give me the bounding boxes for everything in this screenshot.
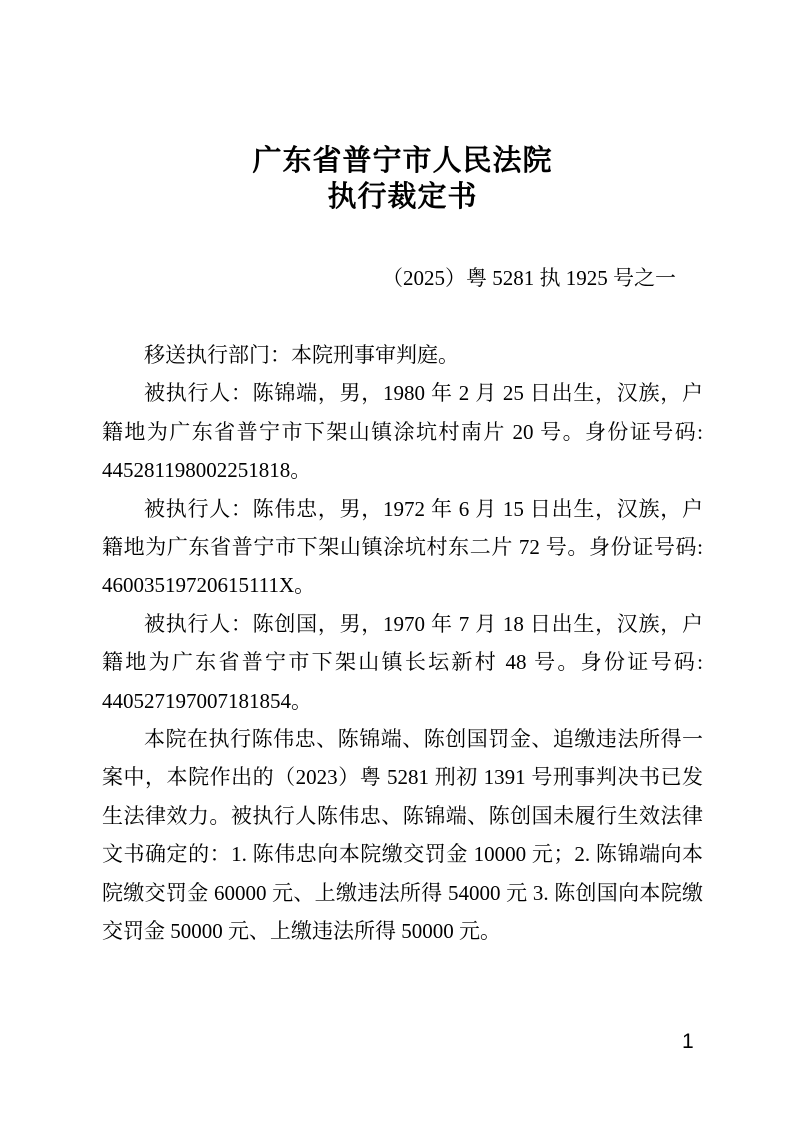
document-header: 广东省普宁市人民法院 执行裁定书 — [102, 143, 703, 215]
page-number: 1 — [682, 1030, 694, 1054]
document-page: 广东省普宁市人民法院 执行裁定书 （2025）粤 5281 执 1925 号之一… — [0, 0, 793, 1122]
case-number: （2025）粤 5281 执 1925 号之一 — [102, 262, 703, 295]
court-name: 广东省普宁市人民法院 — [102, 143, 703, 179]
paragraph: 移送执行部门：本院刑事审判庭。 — [102, 336, 703, 374]
paragraph: 被执行人：陈伟忠，男，1972 年 6 月 15 日出生，汉族，户籍地为广东省普… — [102, 490, 703, 605]
document-body: 移送执行部门：本院刑事审判庭。被执行人：陈锦端，男，1980 年 2 月 25 … — [102, 336, 703, 951]
document-type: 执行裁定书 — [102, 179, 703, 215]
paragraph: 被执行人：陈锦端，男，1980 年 2 月 25 日出生，汉族，户籍地为广东省普… — [102, 374, 703, 489]
paragraph: 本院在执行陈伟忠、陈锦端、陈创国罚金、追缴违法所得一案中，本院作出的（2023）… — [102, 720, 703, 950]
paragraph: 被执行人：陈创国，男，1970 年 7 月 18 日出生，汉族，户籍地为广东省普… — [102, 605, 703, 720]
